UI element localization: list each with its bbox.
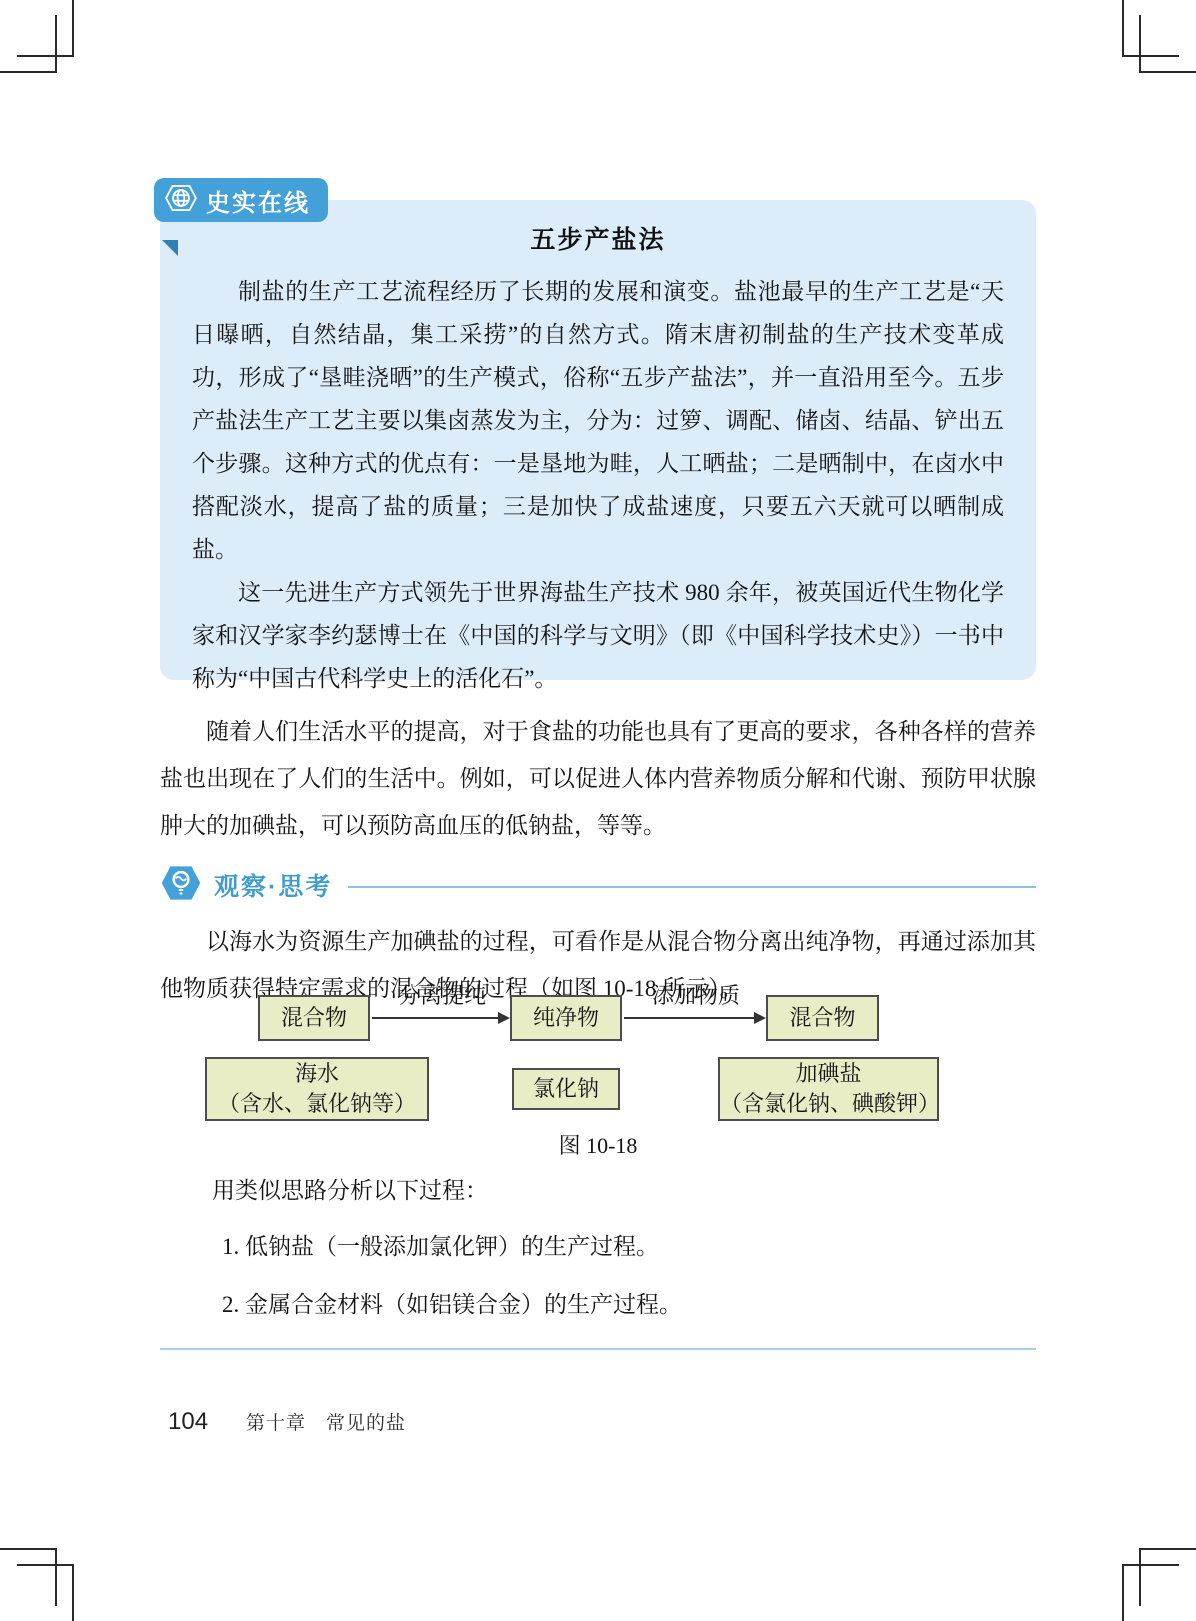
diagram-arrow-label-add: 添加物质: [652, 979, 740, 1010]
crop-mark-top-right-inner: [1139, 15, 1196, 73]
task-item-2: 2. 金属合金材料（如铝镁合金）的生产过程。: [222, 1286, 682, 1319]
observe-think-label: 观察·思考: [214, 867, 332, 903]
diagram-box-iodized-salt: 加碘盐 （含氯化钠、碘酸钾）: [718, 1057, 939, 1121]
textbook-page: 史实在线 五步产盐法 制盐的生产工艺流程经历了长期的发展和演变。盐池最早的生产工…: [0, 0, 1196, 1621]
iodized-salt-line-1: 加碘盐: [795, 1059, 861, 1089]
seawater-line-1: 海水: [295, 1059, 339, 1089]
crop-mark-bottom-left-inner: [0, 1548, 57, 1606]
lightbulb-hexagon-icon: [160, 862, 202, 909]
seawater-line-2: （含水、氯化钠等）: [218, 1089, 416, 1119]
figure-10-18-diagram: 混合物 分离提纯 纯净物 添加物质 混合物 海水 （含水、氯化钠等） 氯化钠 加…: [160, 985, 1036, 1165]
body-paragraph: 随着人们生活水平的提高，对于食盐的功能也具有了更高的要求，各种各样的营养盐也出现…: [160, 708, 1036, 849]
observe-header-rule: [348, 886, 1036, 888]
diagram-arrow-label-separate: 分离提纯: [398, 979, 486, 1010]
badge-tail: [162, 240, 178, 256]
history-paragraph-1: 制盐的生产工艺流程经历了长期的发展和演变。盐池最早的生产工艺是“天日曝晒，自然结…: [192, 270, 1004, 571]
diagram-box-mixture-1: 混合物: [258, 995, 370, 1041]
crop-mark-top-left-inner: [0, 15, 57, 73]
task-item-1: 1. 低钠盐（一般添加氯化钾）的生产过程。: [222, 1228, 659, 1261]
history-facts-badge: 史实在线: [154, 178, 328, 222]
figure-caption: 图 10-18: [160, 1129, 1036, 1160]
chapter-title: 第十章 常见的盐: [246, 1408, 406, 1435]
diagram-box-sodium-chloride: 氯化钠: [512, 1068, 620, 1110]
diagram-arrow-2: [624, 1017, 764, 1019]
history-facts-badge-label: 史实在线: [206, 183, 310, 218]
crop-mark-bottom-right-inner: [1139, 1548, 1196, 1606]
footer-divider-rule: [160, 1348, 1036, 1350]
followup-prompt: 用类似思路分析以下过程：: [212, 1172, 488, 1205]
iodized-salt-line-2: （含氯化钠、碘酸钾）: [720, 1089, 937, 1119]
history-facts-box: 史实在线 五步产盐法 制盐的生产工艺流程经历了长期的发展和演变。盐池最早的生产工…: [160, 200, 1036, 680]
diagram-box-mixture-2: 混合物: [766, 995, 879, 1041]
page-number: 104: [168, 1408, 208, 1436]
diagram-arrow-1: [372, 1017, 508, 1019]
sodium-chloride-line: 氯化钠: [533, 1074, 599, 1104]
page-footer: 104 第十章 常见的盐: [168, 1408, 406, 1436]
globe-hexagon-icon: [164, 181, 198, 220]
diagram-box-pure-substance: 纯净物: [510, 995, 622, 1041]
history-paragraph-2: 这一先进生产方式领先于世界海盐生产技术 980 余年，被英国近代生物化学家和汉学…: [192, 571, 1004, 700]
diagram-box-seawater: 海水 （含水、氯化钠等）: [205, 1057, 429, 1121]
history-box-title: 五步产盐法: [192, 220, 1004, 256]
observe-think-header: 观察·思考: [160, 862, 1036, 908]
